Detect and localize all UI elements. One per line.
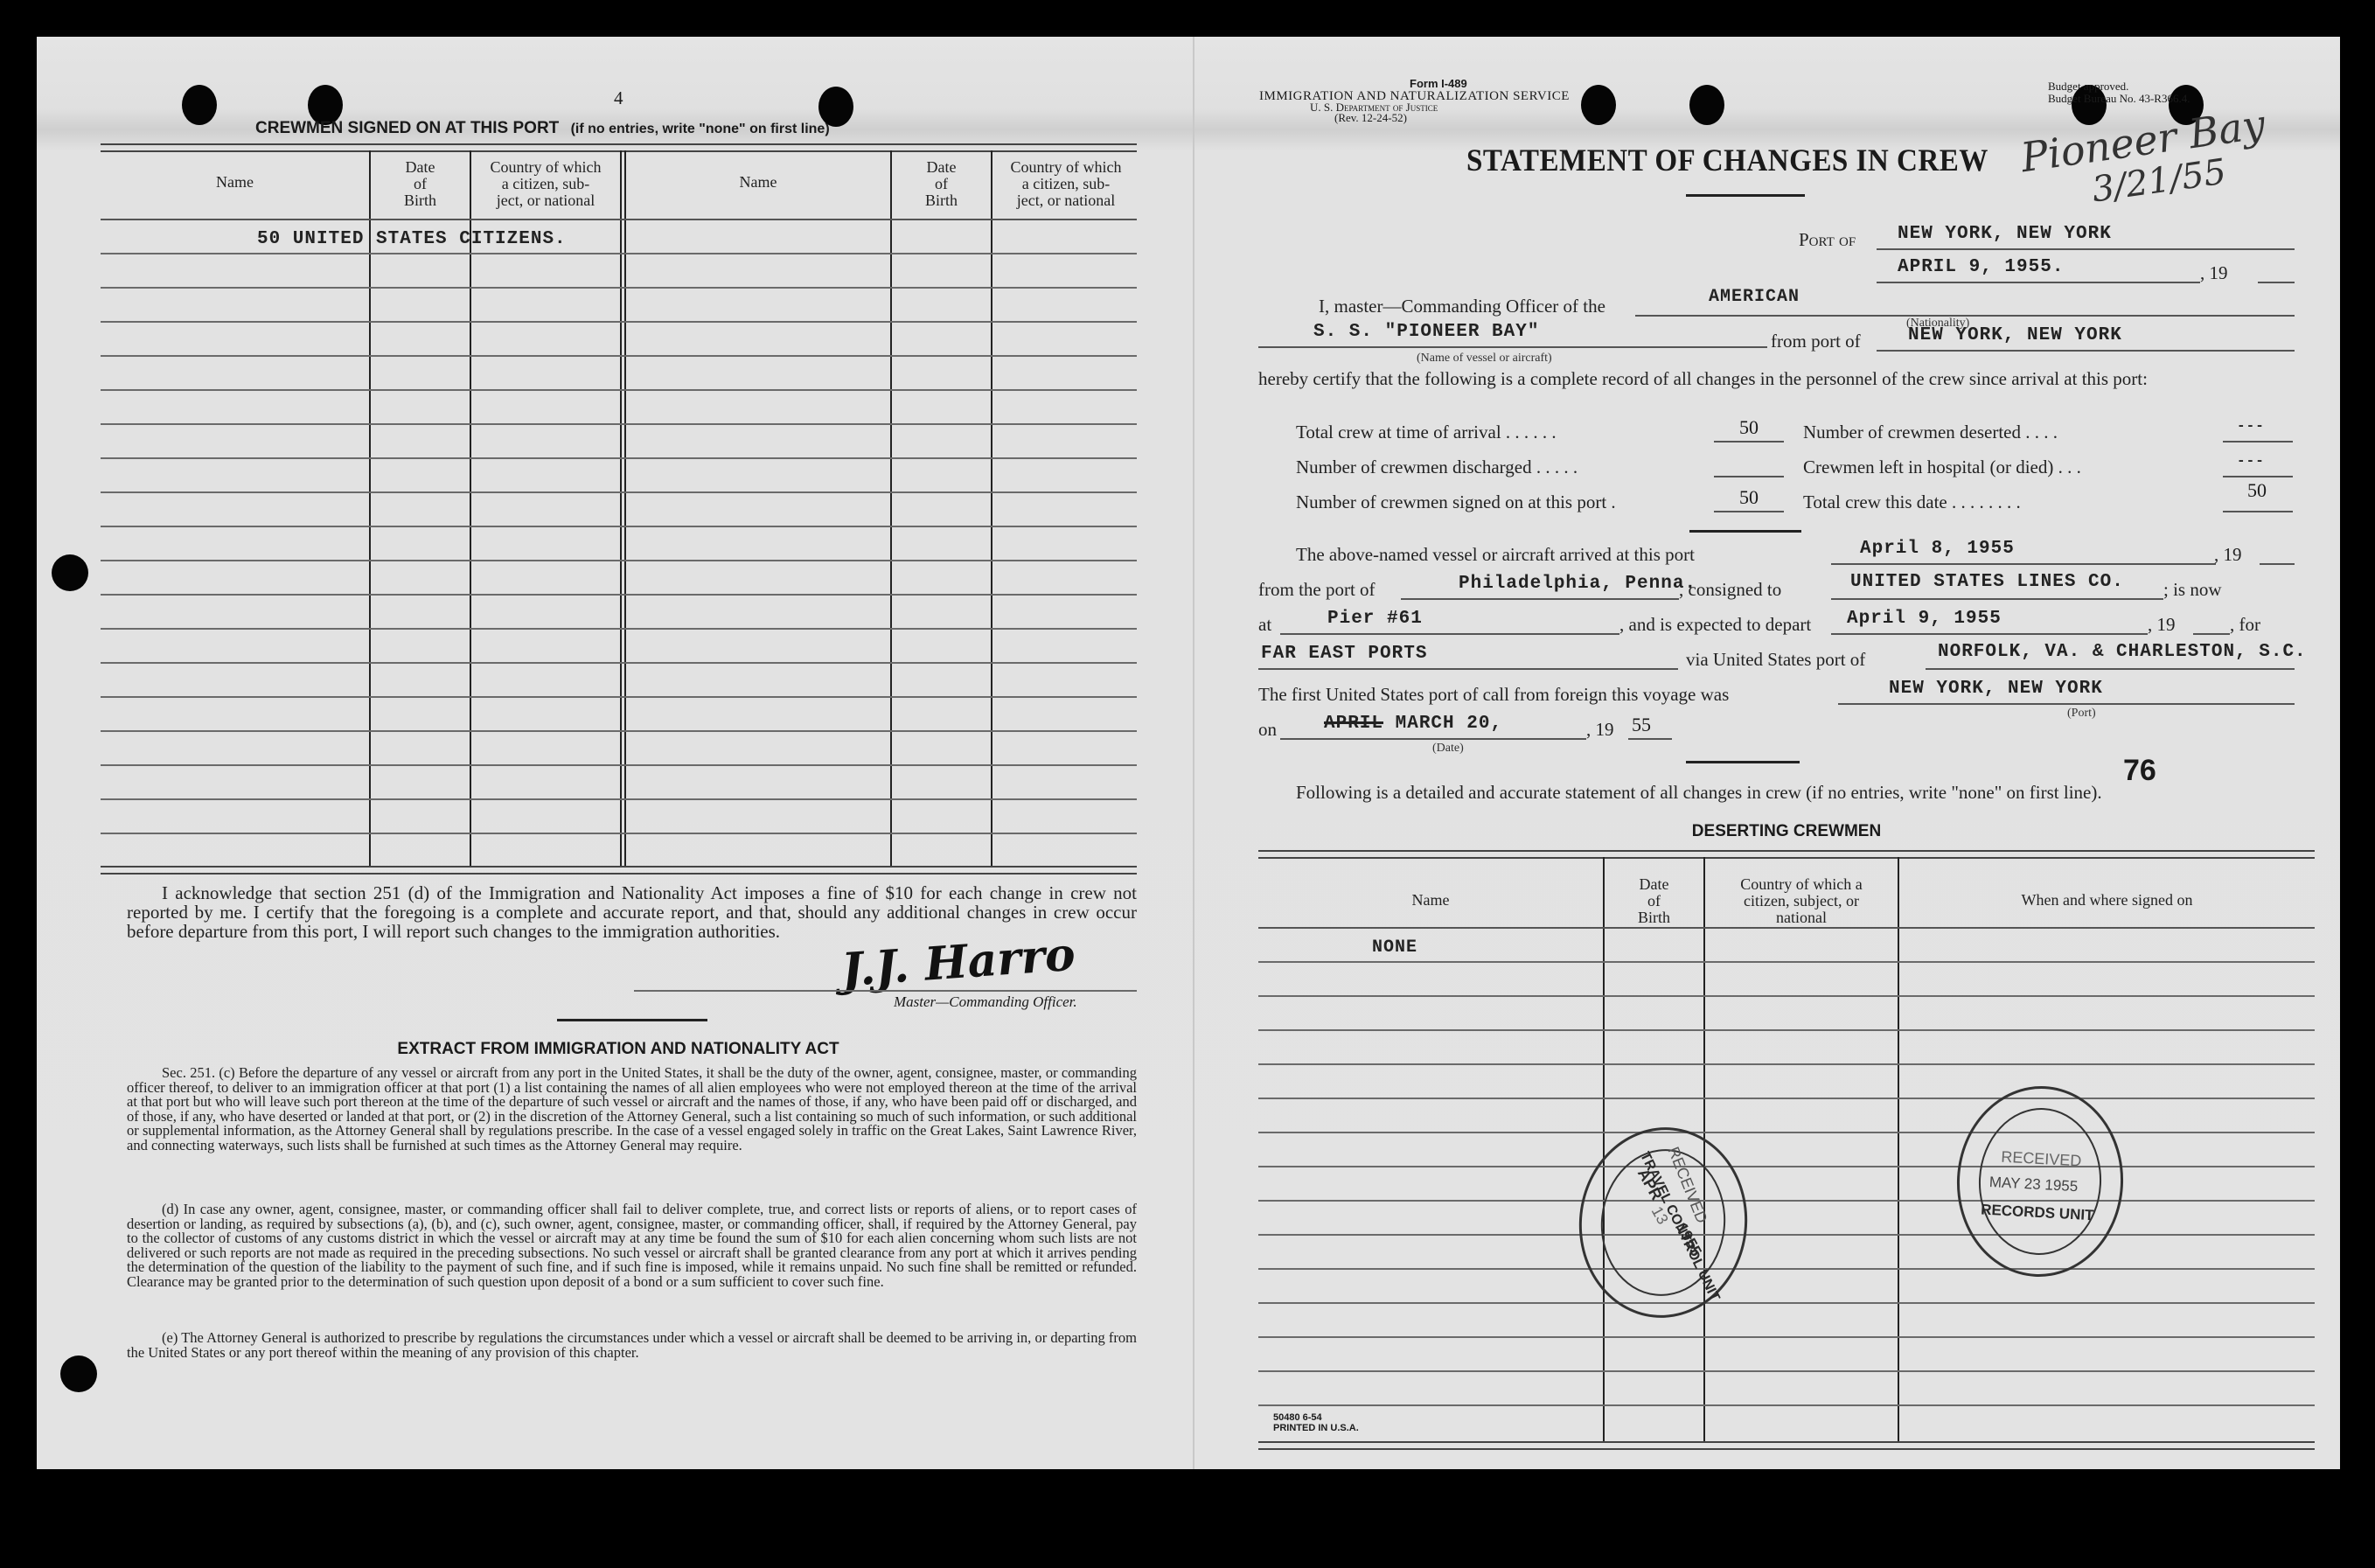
first-port-value: NEW YORK, NEW YORK xyxy=(1889,679,2103,699)
row-line xyxy=(101,287,1137,289)
from-the-port-value: Philadelphia, Penna. xyxy=(1459,574,1696,594)
row-line xyxy=(101,833,1137,834)
row-line xyxy=(1258,1336,2315,1338)
table-row: 50 UNITED STATES CITIZENS. xyxy=(257,229,567,249)
row-line xyxy=(101,457,1137,459)
row-line xyxy=(1258,1302,2315,1304)
depart-value: April 9, 1955 xyxy=(1847,609,2002,629)
following-text: Following is a detailed and accurate sta… xyxy=(1296,782,2102,804)
header-dob-line: Birth xyxy=(371,192,470,209)
row-line xyxy=(101,253,1137,254)
port-value: NEW YORK, NEW YORK xyxy=(1898,224,2112,244)
row-line xyxy=(101,628,1137,630)
port-label: Port of xyxy=(1799,229,1856,251)
form-number: Form I-489 xyxy=(1410,77,1467,90)
via-value: NORFOLK, VA. & CHARLESTON, S.C. xyxy=(1938,642,2307,662)
punch-hole xyxy=(52,554,88,591)
col-divider xyxy=(991,150,992,868)
divider-rule xyxy=(1686,761,1800,763)
vessel-line xyxy=(1258,346,1767,348)
depart-line xyxy=(1831,633,2148,635)
stat-total-date-value: 50 xyxy=(2247,479,2267,502)
header-country-line: ject, or national xyxy=(471,192,620,209)
crew-name-cell: 50 UNITED STATES CITIZENS. xyxy=(257,229,567,249)
arrived-year-prefix: , 19 xyxy=(2214,544,2242,566)
stat-signed-on-value: 50 xyxy=(1739,486,1759,509)
header-dob: Date of Birth xyxy=(371,159,470,209)
on-struck: APRIL xyxy=(1324,714,1383,734)
via-line xyxy=(1926,668,2295,670)
header-country: Country of which a citizen, sub- ject, o… xyxy=(471,159,620,209)
section-title: CREWMEN SIGNED ON AT THIS PORT (if no en… xyxy=(255,119,830,138)
depart-year-line xyxy=(2193,633,2230,635)
stat-signed-on-label: Number of crewmen signed on at this port… xyxy=(1296,491,1616,513)
consigned-value: UNITED STATES LINES CO. xyxy=(1850,572,2124,592)
header-country-line: Country of which xyxy=(471,159,620,176)
row-line xyxy=(101,423,1137,425)
row-line xyxy=(1258,1132,2315,1133)
first-port-label: The first United States port of call fro… xyxy=(1258,684,1729,706)
deserter-name-cell: NONE xyxy=(1372,937,1417,958)
signature-line xyxy=(634,990,1137,992)
vessel-value: S. S. "PIONEER BAY" xyxy=(1313,322,1539,342)
punch-hole xyxy=(60,1355,97,1392)
arrived-line xyxy=(1831,563,2216,565)
is-now-label: ; is now xyxy=(2163,579,2222,601)
deserting-header-country: Country of which a citizen, subject, or … xyxy=(1705,876,1898,926)
row-line xyxy=(1258,995,2315,997)
budget-line-2: Budget Bureau No. 43-R366.4. xyxy=(2048,93,2190,105)
col-divider xyxy=(1898,857,1899,1443)
report-date-value: APRIL 9, 1955. xyxy=(1898,257,2064,277)
port-caption: (Port) xyxy=(2067,707,2096,721)
deserting-title: DESERTING CREWMEN xyxy=(1258,822,2315,841)
table-row: NONE xyxy=(1372,937,1417,958)
via-label: via United States port of xyxy=(1686,649,1865,671)
on-label: on xyxy=(1258,719,1277,741)
budget-approved: Budget approved. Budget Bureau No. 43-R3… xyxy=(2048,80,2190,105)
header-name: Name xyxy=(101,174,369,191)
row-line xyxy=(1258,1200,2315,1202)
header-dob-line: Birth xyxy=(892,192,991,209)
port-field-line xyxy=(1877,248,2295,250)
row-line xyxy=(101,696,1137,698)
row-line xyxy=(1258,1404,2315,1406)
destination-value: FAR EAST PORTS xyxy=(1261,644,1427,664)
punch-hole xyxy=(182,85,217,125)
on-date: MARCH 20, xyxy=(1396,714,1502,734)
header-dob-line: Date xyxy=(371,159,470,176)
row-line xyxy=(101,491,1137,493)
header-dob-line: of xyxy=(892,176,991,192)
section-note: (if no entries, write "none" on first li… xyxy=(571,122,830,136)
row-line xyxy=(101,560,1137,561)
row-line xyxy=(1258,1063,2315,1065)
footer-printed-text: PRINTED IN U.S.A. xyxy=(1273,1423,1359,1433)
header-country-line: citizen, subject, or xyxy=(1705,893,1898,909)
stat-deserted-value: --- xyxy=(2237,418,2265,434)
row-line xyxy=(1258,1370,2315,1372)
document-page: 4 CREWMEN SIGNED ON AT THIS PORT (if no … xyxy=(37,37,2340,1469)
report-year-prefix: , 19 xyxy=(2200,262,2228,284)
header-dob-line: Date xyxy=(892,159,991,176)
page-number: 4 xyxy=(614,87,623,109)
row-line xyxy=(1258,927,2315,929)
certify-text: hereby certify that the following is a c… xyxy=(1258,369,2295,388)
row-line xyxy=(1258,1166,2315,1167)
depart-year-prefix: , 19 xyxy=(2148,614,2176,636)
divider-rule xyxy=(1689,530,1801,533)
stat-hospital-label: Crewmen left in hospital (or died) . . . xyxy=(1803,456,2081,478)
deserting-header-dob: Date of Birth xyxy=(1605,876,1703,926)
col-divider xyxy=(1603,857,1605,1443)
header-dob-line: of xyxy=(1605,893,1703,909)
footer-code-text: 50480 6-54 xyxy=(1273,1412,1359,1423)
extract-section-c: Sec. 251. (c) Before the departure of an… xyxy=(127,1066,1137,1153)
extract-title: EXTRACT FROM IMMIGRATION AND NATIONALITY… xyxy=(37,1040,1200,1059)
row-line xyxy=(1258,1098,2315,1099)
header-country-2: Country of which a citizen, sub- ject, o… xyxy=(992,159,1139,209)
from-the-port-label: from the port of xyxy=(1258,579,1376,601)
row-line xyxy=(101,662,1137,664)
depart-label: , and is expected to depart xyxy=(1619,614,1811,636)
stat-line xyxy=(1714,476,1784,477)
row-line xyxy=(101,321,1137,323)
stat-line xyxy=(2223,441,2293,443)
col-divider xyxy=(620,150,622,868)
header-dob-line: Date xyxy=(1605,876,1703,893)
row-line xyxy=(101,219,1137,220)
report-year-line xyxy=(2258,282,2295,283)
row-line xyxy=(1258,1029,2315,1031)
deserting-table-top xyxy=(1258,850,2315,859)
at-line xyxy=(1280,633,1619,635)
table-top-border xyxy=(101,143,1137,152)
row-line xyxy=(101,764,1137,766)
from-the-port-line xyxy=(1401,598,1679,600)
form-revision: (Rev. 12-24-52) xyxy=(1334,111,1407,125)
stat-line xyxy=(1714,441,1784,443)
header-dob-line: Birth xyxy=(1605,909,1703,926)
header-country-line: Country of which a xyxy=(1705,876,1898,893)
report-date-line xyxy=(1877,282,2200,283)
on-year-line xyxy=(1628,738,1672,740)
header-country-line: ject, or national xyxy=(992,192,1139,209)
row-line xyxy=(101,730,1137,732)
row-line xyxy=(101,798,1137,800)
on-year-value: 55 xyxy=(1632,714,1651,736)
signature-caption: Master—Commanding Officer. xyxy=(894,993,1077,1011)
header-name-2: Name xyxy=(626,174,890,191)
master-label: I, master—Commanding Officer of the xyxy=(1319,296,1605,317)
extract-section-e: (e) The Attorney General is authorized t… xyxy=(127,1331,1137,1360)
page-fold xyxy=(1193,37,1194,1469)
travel-control-stamp: RECEIVED APR 13 1955 TRAVEL CONTROL UNIT xyxy=(1570,1119,1757,1327)
destination-line xyxy=(1258,668,1678,670)
header-country-line: Country of which xyxy=(992,159,1139,176)
stat-total-arrival-value: 50 xyxy=(1739,416,1759,439)
stat-total-arrival-label: Total crew at time of arrival . . . . . … xyxy=(1296,422,1557,443)
first-port-line xyxy=(1838,703,2295,705)
consigned-label: , consigned to xyxy=(1679,579,1781,601)
from-port-label: from port of xyxy=(1771,331,1861,352)
date-caption: (Date) xyxy=(1432,742,1464,756)
divider-rule xyxy=(557,1019,707,1021)
records-unit-stamp: RECEIVED MAY 23 1955 RECORDS UNIT xyxy=(1952,1082,2128,1281)
header-country-line: national xyxy=(1705,909,1898,926)
col-divider xyxy=(890,150,892,868)
row-line xyxy=(101,355,1137,357)
for-label: , for xyxy=(2230,614,2260,636)
deserting-header-name: Name xyxy=(1258,892,1603,909)
arrived-value: April 8, 1955 xyxy=(1860,539,2015,559)
stat-line xyxy=(1714,511,1784,512)
header-country-line: a citizen, sub- xyxy=(992,176,1139,192)
header-dob-2: Date of Birth xyxy=(892,159,991,209)
stat-deserted-label: Number of crewmen deserted . . . . xyxy=(1803,422,2058,443)
form-title: STATEMENT OF CHANGES IN CREW xyxy=(1466,142,1988,178)
col-divider xyxy=(470,150,471,868)
arrived-label: The above-named vessel or aircraft arriv… xyxy=(1296,544,1695,566)
budget-line-1: Budget approved. xyxy=(2048,80,2190,93)
stat-hospital-value: --- xyxy=(2237,453,2265,469)
stat-total-date-label: Total crew this date . . . . . . . . xyxy=(1803,491,2021,513)
punch-hole xyxy=(1689,85,1724,125)
deserting-table-bottom xyxy=(1258,1441,2315,1450)
row-line xyxy=(101,389,1137,391)
at-value: Pier #61 xyxy=(1327,609,1423,629)
section-title-text: CREWMEN SIGNED ON AT THIS PORT xyxy=(255,119,559,137)
arrived-year-line xyxy=(2260,563,2295,565)
on-value: APRIL MARCH 20, xyxy=(1324,714,1502,734)
row-line xyxy=(101,526,1137,527)
punch-hole xyxy=(1581,85,1616,125)
nationality-value: AMERICAN xyxy=(1709,287,1800,307)
on-line xyxy=(1280,738,1586,740)
stat-discharged-label: Number of crewmen discharged . . . . . xyxy=(1296,456,1578,478)
row-line xyxy=(101,594,1137,596)
col-divider xyxy=(624,150,626,868)
row-line xyxy=(1258,1268,2315,1270)
on-year-prefix: , 19 xyxy=(1586,719,1614,741)
table-bottom-border xyxy=(101,866,1137,875)
from-port-value: NEW YORK, NEW YORK xyxy=(1908,325,2122,345)
acknowledgment-text: I acknowledge that section 251 (d) of th… xyxy=(127,883,1137,941)
stamp-number: 76 xyxy=(2123,754,2156,788)
title-rule xyxy=(1686,194,1805,197)
row-line xyxy=(1258,1234,2315,1236)
vessel-caption: (Name of vessel or aircraft) xyxy=(1417,352,1552,366)
stat-line xyxy=(2223,476,2293,477)
extract-section-d: (d) In case any owner, agent, consignee,… xyxy=(127,1202,1137,1289)
header-country-line: a citizen, sub- xyxy=(471,176,620,192)
col-divider xyxy=(369,150,371,868)
row-line xyxy=(1258,961,2315,963)
consigned-line xyxy=(1831,598,2163,600)
from-port-line xyxy=(1877,350,2295,352)
stat-line xyxy=(2223,511,2293,512)
deserting-header-signed-on: When and where signed on xyxy=(1899,892,2315,909)
footer-code: 50480 6-54 PRINTED IN U.S.A. xyxy=(1273,1412,1359,1433)
header-dob-line: of xyxy=(371,176,470,192)
at-label: at xyxy=(1258,614,1271,636)
